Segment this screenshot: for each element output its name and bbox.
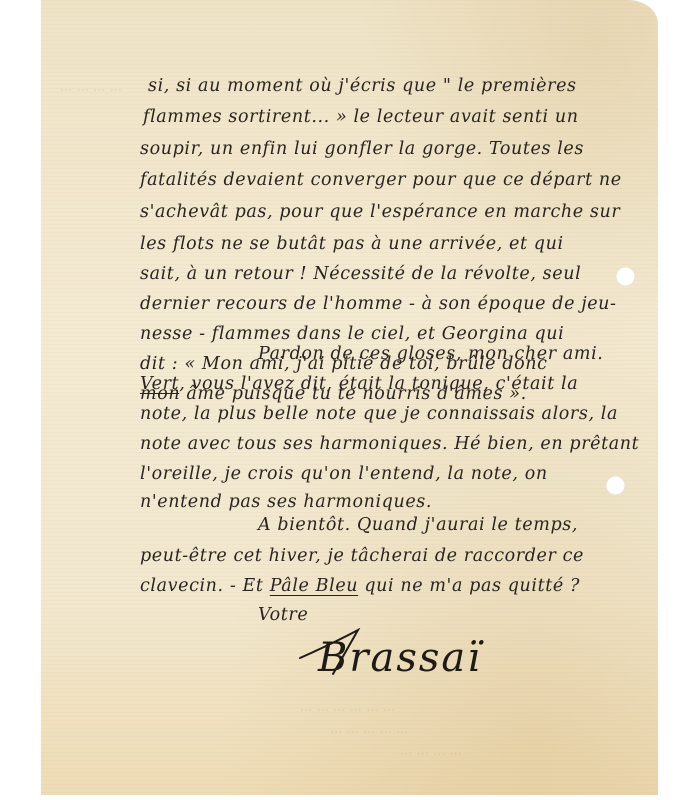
letter-line: clavecin. - Et Pâle Bleu qui ne m'a pas … — [140, 578, 580, 596]
signature: Brassaï — [318, 635, 482, 681]
paragraph-opening: A bientôt. Quand j'aurai le temps, — [258, 517, 578, 535]
closing: Votre — [258, 607, 308, 625]
underlined-phrase: Pâle Bleu — [270, 576, 358, 596]
letter-line: peut-être cet hiver, je tâcherai de racc… — [140, 548, 584, 566]
